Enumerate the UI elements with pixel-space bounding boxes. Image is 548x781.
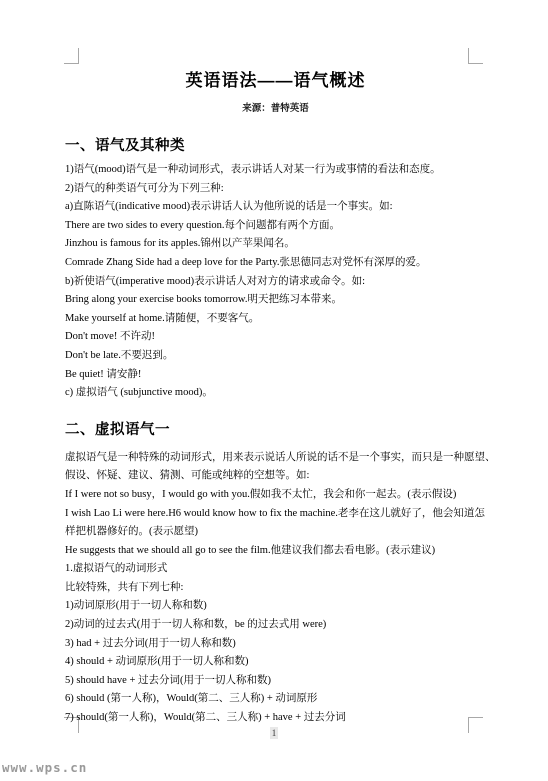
wps-watermark: www.wps.cn <box>2 760 87 775</box>
text-line: 虚拟语气是一种特殊的动词形式，用来表示说话人所说的话不是一个事实，而只是一种愿望… <box>65 449 486 468</box>
section-body: 1)语气(mood)语气是一种动词形式，表示讲话人对某一行为或事情的看法和态度。… <box>65 161 486 403</box>
text-line: Bring along your exercise books tomorrow… <box>65 291 486 310</box>
document-content: 英语语法——语气概述 来源：普特英语 一、语气及其种类1)语气(mood)语气是… <box>65 0 486 728</box>
text-line: 样把机器修好的。(表示愿望) <box>65 523 486 542</box>
text-line: There are two sides to every question.每个… <box>65 217 486 236</box>
text-line: Don't be late.不要迟到。 <box>65 347 486 366</box>
text-line: a)直陈语气(indicative mood)表示讲话人认为他所说的话是一个事实… <box>65 198 486 217</box>
page-number: 1 <box>270 727 279 739</box>
text-line: 2)动词的过去式(用于一切人称和数，be 的过去式用 were) <box>65 616 486 635</box>
document-page: 英语语法——语气概述 来源：普特英语 一、语气及其种类1)语气(mood)语气是… <box>0 0 548 781</box>
section-1: 一、语气及其种类1)语气(mood)语气是一种动词形式，表示讲话人对某一行为或事… <box>65 137 486 403</box>
text-line: 1.虚拟语气的动词形式 <box>65 560 486 579</box>
text-line: Be quiet! 请安静! <box>65 366 486 385</box>
text-line: Comrade Zhang Side had a deep love for t… <box>65 254 486 273</box>
section-body: 虚拟语气是一种特殊的动词形式，用来表示说话人所说的话不是一个事实，而只是一种愿望… <box>65 449 486 728</box>
text-line: 6) should (第一人称)，Would(第二、三人称) + 动词原形 <box>65 690 486 709</box>
page-footer: 1 <box>0 723 548 741</box>
text-line: c) 虚拟语气 (subjunctive mood)。 <box>65 384 486 403</box>
text-line: Make yourself at home.请随便，不要客气。 <box>65 310 486 329</box>
document-title: 英语语法——语气概述 <box>65 70 486 92</box>
text-line: 比较特殊，共有下列七种: <box>65 579 486 598</box>
text-line: 2)语气的种类语气可分为下列三种: <box>65 180 486 199</box>
text-line: I wish Lao Li were here.H6 would know ho… <box>65 505 486 524</box>
text-line: Jinzhou is famous for its apples.锦州以产苹果闻… <box>65 235 486 254</box>
text-line: b)祈使语气(imperative mood)表示讲话人对对方的请求或命令。如: <box>65 273 486 292</box>
document-body: 一、语气及其种类1)语气(mood)语气是一种动词形式，表示讲话人对某一行为或事… <box>65 137 486 728</box>
text-line: 1)语气(mood)语气是一种动词形式，表示讲话人对某一行为或事情的看法和态度。 <box>65 161 486 180</box>
text-line: 4) should + 动词原形(用于一切人称和数) <box>65 653 486 672</box>
section-2: 二、虚拟语气一虚拟语气是一种特殊的动词形式，用来表示说话人所说的话不是一个事实，… <box>65 421 486 728</box>
text-line: He suggests that we should all go to see… <box>65 542 486 561</box>
text-line: 3) had + 过去分词(用于一切人称和数) <box>65 635 486 654</box>
document-source: 来源：普特英语 <box>65 102 486 115</box>
section-heading: 二、虚拟语气一 <box>65 421 486 439</box>
text-line: If I were not so busy，I would go with yo… <box>65 486 486 505</box>
text-line: Don't move! 不许动! <box>65 328 486 347</box>
text-line: 假设、怀疑、建议、猜测、可能或纯粹的空想等。如: <box>65 467 486 486</box>
section-heading: 一、语气及其种类 <box>65 137 486 155</box>
text-line: 5) should have + 过去分词(用于一切人称和数) <box>65 672 486 691</box>
text-line: 1)动词原形(用于一切人称和数) <box>65 597 486 616</box>
